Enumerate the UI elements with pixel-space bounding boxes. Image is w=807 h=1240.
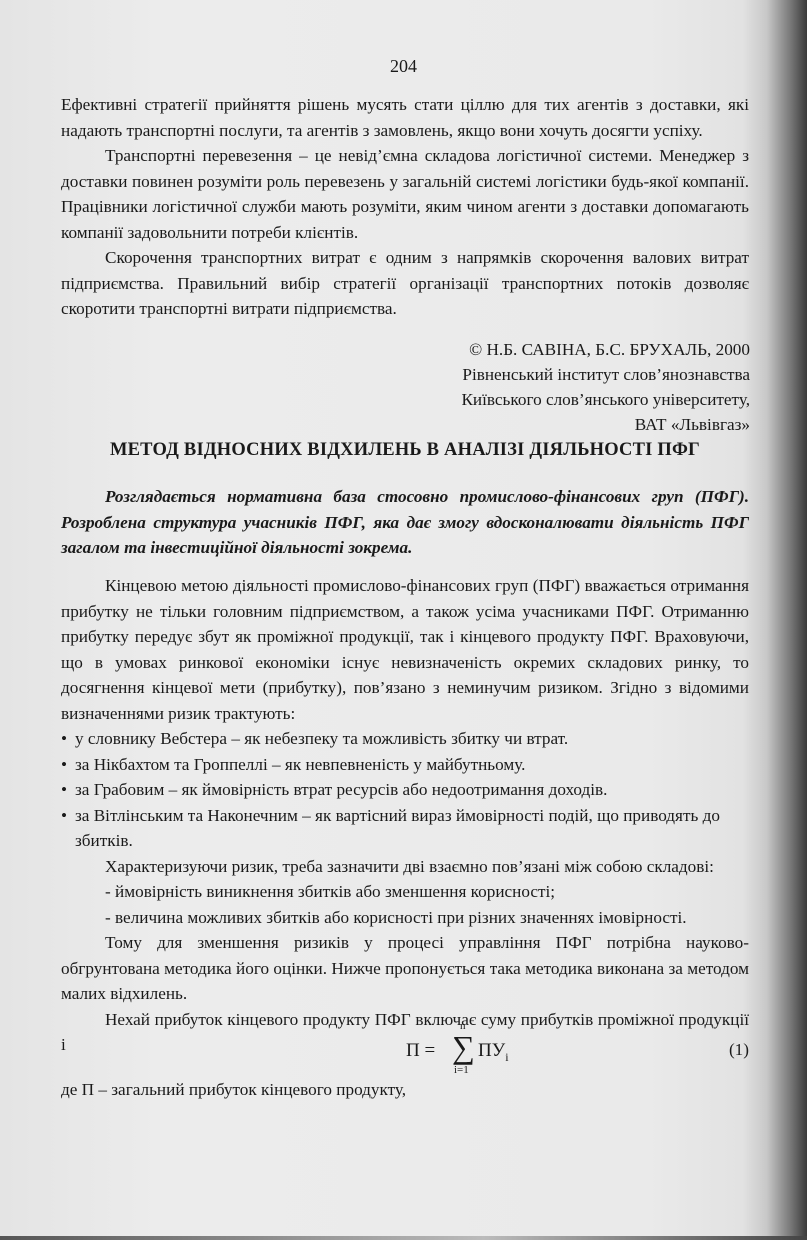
list-item: у словнику Вебстера – як небезпеку та мо…: [61, 726, 749, 752]
term-index: i: [505, 1050, 508, 1064]
body-paragraph: Характеризуючи ризик, треба зазначити дв…: [61, 854, 749, 880]
article-title: МЕТОД ВІДНОСНИХ ВІДХИЛЕНЬ В АНАЛІЗІ ДІЯЛ…: [61, 440, 749, 461]
equation-lhs: П =: [406, 1040, 435, 1062]
body-paragraph: Тому для зменшення ризиків у процесі упр…: [61, 930, 749, 1007]
sum-symbol: ∑: [452, 1031, 475, 1063]
sum-lower-limit: i=1: [454, 1064, 469, 1076]
scanned-page: 204 Ефективні стратегії прийняття рішень…: [0, 0, 807, 1240]
equation-term: ПУi: [478, 1040, 509, 1065]
intro-paragraph: Ефективні стратегії прийняття рішень мус…: [61, 92, 749, 143]
author-block: © Н.Б. САВІНА, Б.С. БРУХАЛЬ, 2000 Рівнен…: [380, 337, 750, 437]
intro-paragraph: Скорочення транспортних витрат є одним з…: [61, 245, 749, 322]
intro-section: Ефективні стратегії прийняття рішень мус…: [61, 92, 749, 322]
page-number: 204: [0, 56, 807, 77]
term-symbol: ПУ: [478, 1040, 505, 1061]
dash-item: - ймовірність виникнення збитків або зме…: [61, 879, 749, 905]
equation-number: (1): [729, 1040, 749, 1060]
list-item: за Грабовим – як ймовірність втрат ресур…: [61, 777, 749, 803]
page-bottom-edge: [0, 1236, 807, 1240]
article-body: Кінцевою метою діяльності промислово-фін…: [61, 573, 749, 1058]
equation-1: П = n ∑ i=1 ПУi (1): [61, 1026, 749, 1072]
dash-item: - величина можливих збитків або кориснос…: [61, 905, 749, 931]
body-paragraph: Кінцевою метою діяльності промислово-фін…: [61, 573, 749, 726]
list-item: за Нікбахтом та Гроппеллі – як невпевнен…: [61, 752, 749, 778]
list-item: за Вітлінським та Наконечним – як вартіс…: [61, 803, 749, 854]
article-abstract: Розглядається нормативна база стосовно п…: [61, 484, 749, 561]
affiliation-line: Рівненський інститут слов’янознавства: [380, 362, 750, 387]
risk-definitions-list: у словнику Вебстера – як небезпеку та мо…: [61, 726, 749, 854]
copyright-authors: © Н.Б. САВІНА, Б.С. БРУХАЛЬ, 2000: [380, 337, 750, 362]
intro-paragraph: Транспортні перевезення – це невід’ємна …: [61, 143, 749, 245]
affiliation-line: ВАТ «Львівгаз»: [380, 412, 750, 437]
equation-explanation: де П – загальний прибуток кінцевого прод…: [61, 1080, 406, 1100]
affiliation-line: Київського слов’янського університету,: [380, 387, 750, 412]
